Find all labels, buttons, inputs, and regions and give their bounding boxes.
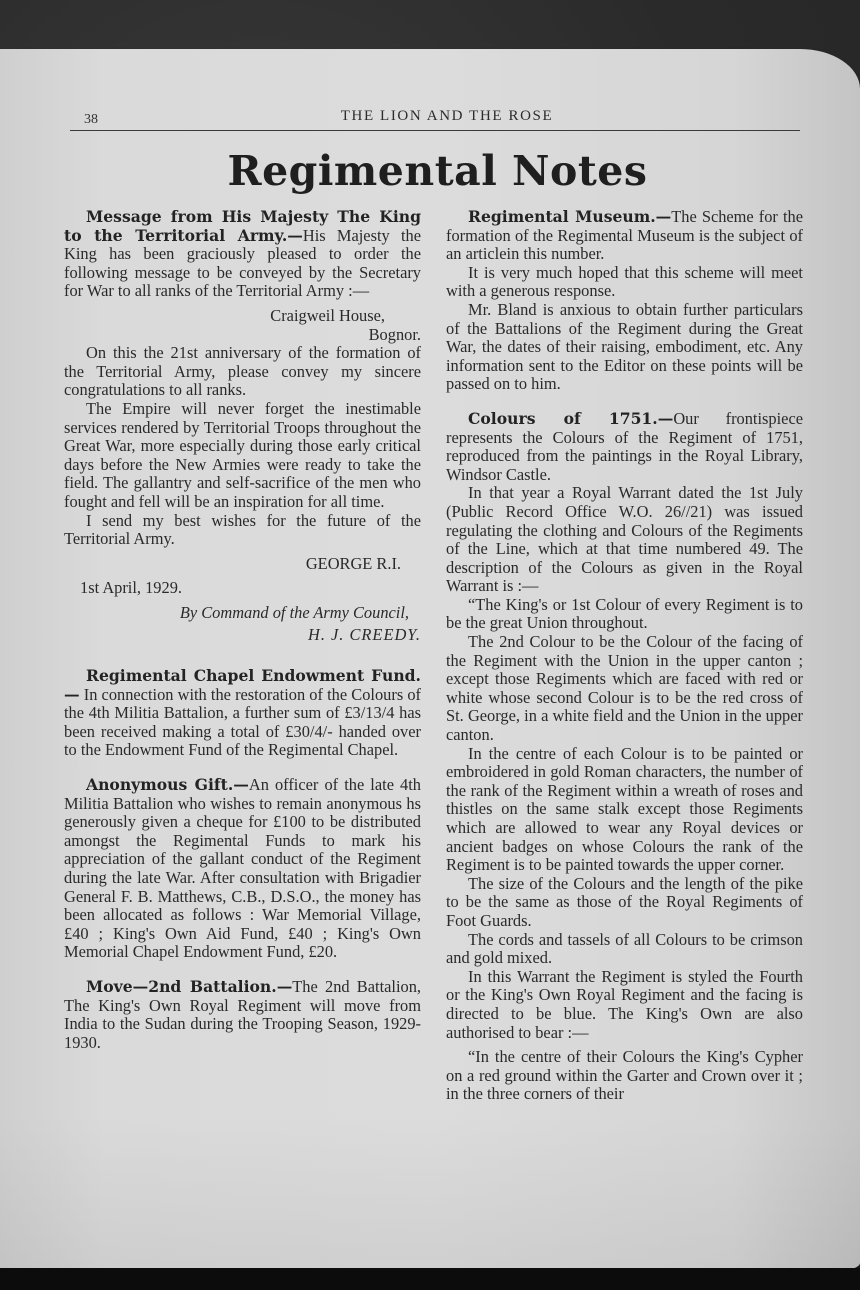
section-move: Move—2nd Battalion.—The 2nd Battalion, T… <box>64 978 421 1052</box>
museum-paragraph: Regimental Museum.—The Scheme for the fo… <box>446 208 803 264</box>
section-chapel-fund: Regimental Chapel Endowment Fund.— In co… <box>64 667 421 760</box>
colours-paragraph: The cords and tassels of all Colours to … <box>446 931 803 968</box>
colours-paragraph: Colours of 1751.—Our frontispiece repres… <box>446 410 803 484</box>
royal-signature: GEORGE R.I. <box>64 555 421 574</box>
colours-paragraph: “In the centre of their Colours the King… <box>446 1048 803 1104</box>
section-body: An officer of the late 4th Militia Batta… <box>64 775 421 961</box>
journal-title: THE LION AND THE ROSE <box>84 108 800 125</box>
left-column: Message from His Majesty The King to the… <box>64 208 421 1052</box>
address-line: Craigweil House, <box>64 307 421 326</box>
museum-paragraph: Mr. Bland is anxious to obtain further p… <box>446 301 803 394</box>
message-paragraph: The Empire will never forget the inestim… <box>64 400 421 512</box>
officer-signature: H. J. CREEDY. <box>64 626 421 645</box>
address-line: Bognor. <box>64 326 421 345</box>
anonymous-gift-paragraph: Anonymous Gift.—An officer of the late 4… <box>64 776 421 962</box>
section-heading: Regimental Museum.— <box>468 207 671 226</box>
right-column: Regimental Museum.—The Scheme for the fo… <box>446 208 803 1104</box>
section-anonymous-gift: Anonymous Gift.—An officer of the late 4… <box>64 776 421 962</box>
command-line: By Command of the Army Council, <box>64 604 421 623</box>
section-heading: Colours of 1751.— <box>468 409 673 428</box>
section-colours-1751: Colours of 1751.—Our frontispiece repres… <box>446 410 803 1104</box>
message-paragraph: On this the 21st anniversary of the form… <box>64 344 421 400</box>
colours-paragraph: In the centre of each Colour is to be pa… <box>446 745 803 875</box>
section-heading: Anonymous Gift.— <box>86 775 249 794</box>
magazine-page: 38 THE LION AND THE ROSE Regimental Note… <box>0 49 860 1273</box>
colours-paragraph: In this Warrant the Regiment is styled t… <box>446 968 803 1042</box>
move-paragraph: Move—2nd Battalion.—The 2nd Battalion, T… <box>64 978 421 1052</box>
header-rule <box>70 130 800 131</box>
message-date: 1st April, 1929. <box>64 579 421 598</box>
museum-paragraph: It is very much hoped that this scheme w… <box>446 264 803 301</box>
section-museum: Regimental Museum.—The Scheme for the fo… <box>446 208 803 394</box>
message-paragraph: I send my best wishes for the future of … <box>64 512 421 549</box>
running-head: 38 THE LION AND THE ROSE <box>84 105 800 131</box>
chapel-fund-paragraph: Regimental Chapel Endowment Fund.— In co… <box>64 667 421 760</box>
scan-background-edge <box>0 1268 860 1290</box>
section-body: In connection with the restoration of th… <box>64 685 421 760</box>
section-heading: Move—2nd Battalion.— <box>86 977 292 996</box>
kings-message-paragraph: Message from His Majesty The King to the… <box>64 208 421 301</box>
page-title: Regimental Notes <box>0 147 860 195</box>
colours-paragraph: “The King's or 1st Colour of every Regim… <box>446 596 803 633</box>
colours-paragraph: The 2nd Colour to be the Colour of the f… <box>446 633 803 745</box>
colours-paragraph: The size of the Colours and the length o… <box>446 875 803 931</box>
section-kings-message: Message from His Majesty The King to the… <box>64 208 421 645</box>
colours-paragraph: In that year a Royal Warrant dated the 1… <box>446 484 803 596</box>
